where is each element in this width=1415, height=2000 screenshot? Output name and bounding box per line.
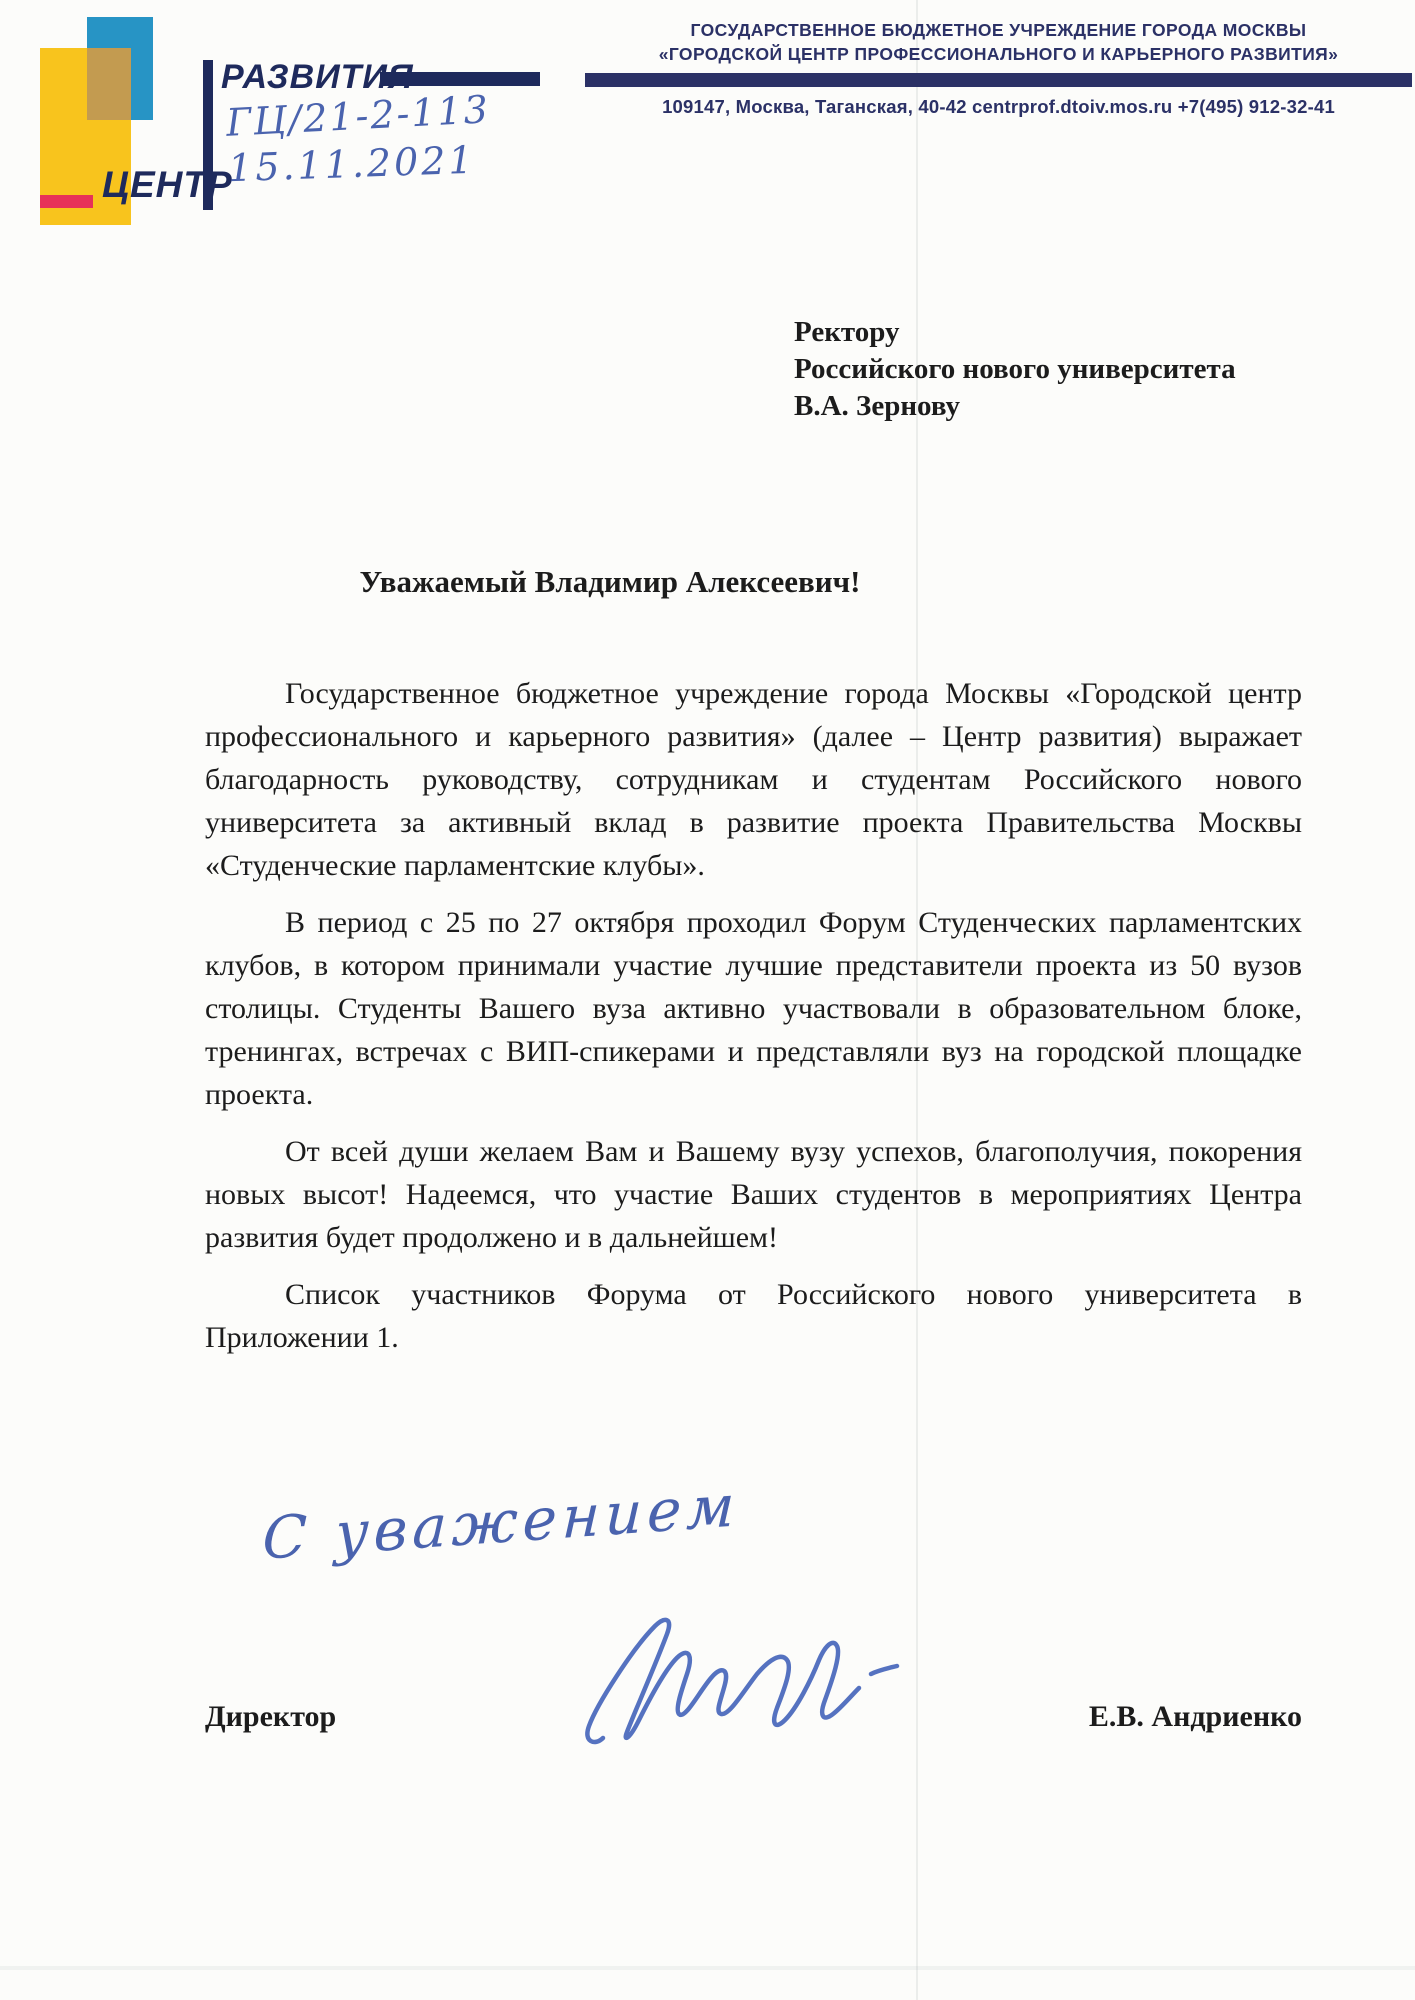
signature-scribble	[575, 1608, 915, 1758]
recipient-block: Ректору Российского нового университета …	[794, 314, 1314, 425]
signer-name: Е.В. Андриенко	[1089, 1700, 1302, 1734]
salutation: Уважаемый Владимир Алексеевич!	[205, 564, 1015, 600]
organization-name-line1: ГОСУДАРСТВЕННОЕ БЮДЖЕТНОЕ УЧРЕЖДЕНИЕ ГОР…	[585, 18, 1412, 42]
body-paragraph-4: Список участников Форума от Российского …	[205, 1273, 1302, 1359]
logo-vertical-bar	[203, 60, 213, 210]
logo-horizontal-bar	[380, 72, 540, 86]
scan-edge-artifact	[0, 1966, 1415, 1970]
body-paragraph-1: Государственное бюджетное учреждение гор…	[205, 672, 1302, 887]
handwritten-regards: С уважением	[261, 1471, 740, 1573]
body-paragraph-2: В период с 25 по 27 октября проходил Фор…	[205, 901, 1302, 1116]
organization-header: ГОСУДАРСТВЕННОЕ БЮДЖЕТНОЕ УЧРЕЖДЕНИЕ ГОР…	[585, 18, 1412, 118]
letter-body: Государственное бюджетное учреждение гор…	[205, 672, 1302, 1373]
signer-title: Директор	[205, 1700, 336, 1734]
organization-name-line2: «ГОРОДСКОЙ ЦЕНТР ПРОФЕССИОНАЛЬНОГО И КАР…	[585, 42, 1412, 66]
recipient-line-university: Российского нового университета	[794, 351, 1314, 388]
handwritten-date: 15.11.2021	[227, 138, 476, 191]
closing-row: Директор Е.В. Андриенко	[205, 1700, 1302, 1734]
logo-pink-bar	[40, 195, 93, 208]
recipient-line-role: Ректору	[794, 314, 1314, 351]
logo-text-centr: ЦЕНТР	[102, 164, 233, 206]
logo-overlap-rectangle	[87, 48, 131, 120]
body-paragraph-3: От всей души желаем Вам и Вашему вузу ус…	[205, 1130, 1302, 1259]
organization-contact-line: 109147, Москва, Таганская, 40-42 centrpr…	[585, 96, 1412, 118]
header-rule	[585, 73, 1412, 87]
recipient-line-name: В.А. Зернову	[794, 388, 1314, 425]
scanned-letter-page: ЦЕНТР РАЗВИТИЯ ГЦ/21-2-113 15.11.2021 ГО…	[0, 0, 1415, 2000]
